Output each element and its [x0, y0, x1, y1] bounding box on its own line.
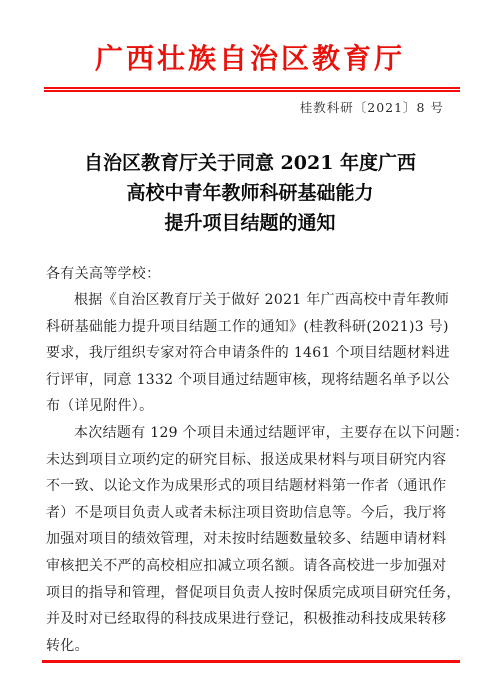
- salutation: 各有关高等学校：: [46, 261, 454, 288]
- body-line: 本次结题有 129 个项目未通过结题评审，主要存在以下问题：: [46, 420, 454, 447]
- body-line: 者）不是项目负责人或者未标注项目资助信息等。今后，我厅将: [46, 500, 454, 527]
- header-rule: [44, 87, 460, 92]
- footer-rule: [42, 660, 460, 663]
- body-line: 要求，我厅组织专家对符合申请条件的 1461 个项目结题材料进: [46, 340, 454, 367]
- agency-name: 广西壮族自治区教育厅: [0, 0, 500, 74]
- notice-title: 自治区教育厅关于同意 2021 年度广西 高校中青年教师科研基础能力 提升项目结…: [0, 148, 500, 238]
- body-line: 审核把关不严的高校相应扣减立项名额。请各高校进一步加强对: [46, 553, 454, 580]
- header-rule-thick: [44, 90, 460, 92]
- document-page: 广西壮族自治区教育厅 桂教科研〔2021〕8 号 自治区教育厅关于同意 2021…: [0, 0, 500, 700]
- body-line: 转化。: [46, 633, 454, 660]
- body-line: 加强对项目的绩效管理，对未按时结题数量较多、结题申请材料: [46, 526, 454, 553]
- body-line: 行评审，同意 1332 个项目通过结题审核，现将结题名单予以公: [46, 367, 454, 394]
- body-lines: 根据《自治区教育厅关于做好 2021 年广西高校中青年教师科研基础能力提升项目结…: [46, 287, 454, 659]
- body-line: 并及时对已经取得的科技成果进行登记，积极推动科技成果转移: [46, 606, 454, 633]
- body-line: 项目的指导和管理，督促项目负责人按时保质完成项目研究任务，: [46, 580, 454, 607]
- header-rule-thin: [44, 87, 460, 89]
- body-line: 不一致、以论文作为成果形式的项目结题材料第一作者（通讯作: [46, 473, 454, 500]
- document-body: 各有关高等学校： 根据《自治区教育厅关于做好 2021 年广西高校中青年教师科研…: [46, 261, 454, 660]
- body-line: 未达到项目立项约定的研究目标、报送成果材料与项目研究内容: [46, 447, 454, 474]
- title-line-1: 自治区教育厅关于同意 2021 年度广西: [0, 148, 500, 178]
- title-line-3: 提升项目结题的通知: [0, 208, 500, 238]
- body-line: 根据《自治区教育厅关于做好 2021 年广西高校中青年教师: [46, 287, 454, 314]
- title-line-2: 高校中青年教师科研基础能力: [0, 178, 500, 208]
- doc-number: 桂教科研〔2021〕8 号: [0, 100, 500, 116]
- body-line: 布（详见附件）。: [46, 393, 454, 420]
- body-line: 科研基础能力提升项目结题工作的通知》(桂教科研(2021)3 号): [46, 314, 454, 341]
